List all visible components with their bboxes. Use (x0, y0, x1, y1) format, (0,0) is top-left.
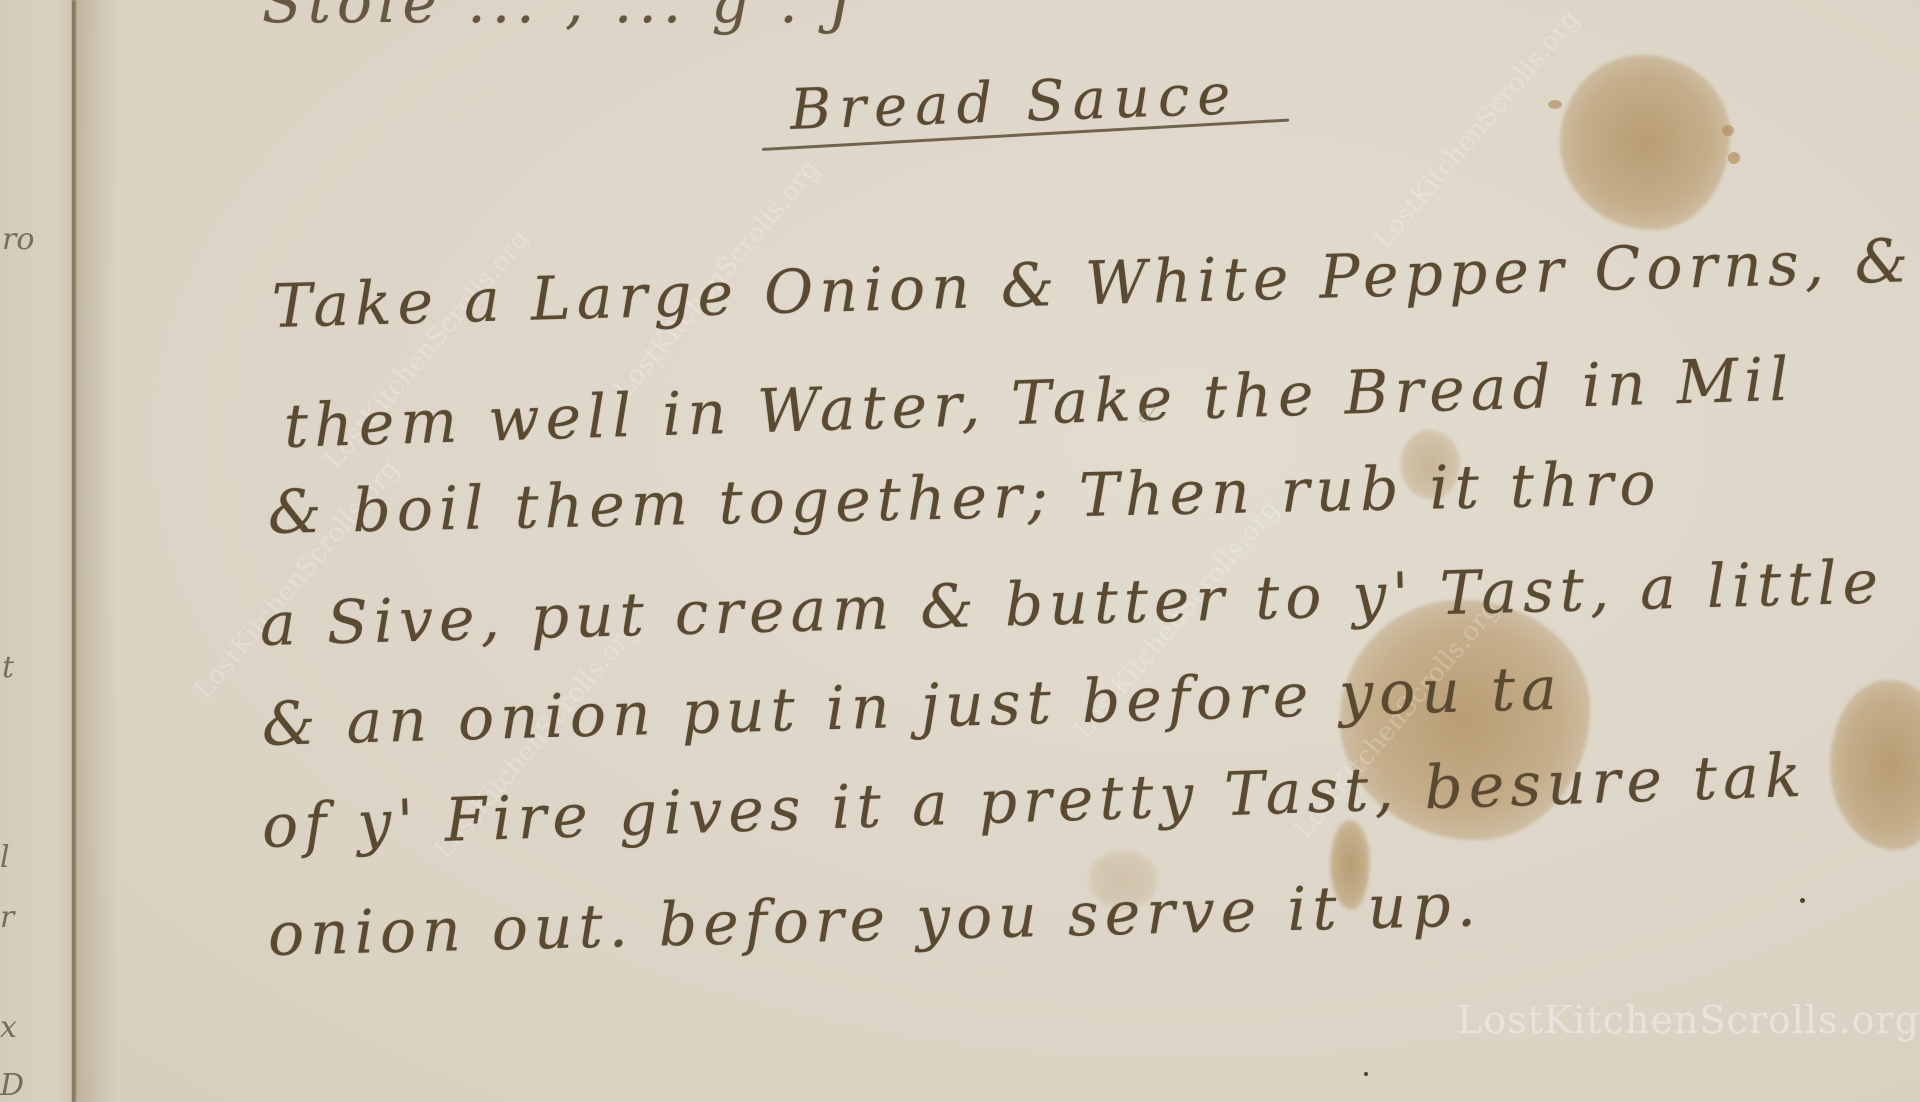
left-page-fragment: t (2, 650, 14, 685)
top-partial-line: Stole ... , ... g . J (262, 0, 857, 36)
left-page-fragment: D (0, 1068, 24, 1102)
ink-dot (1800, 898, 1805, 903)
stain-splatter (1548, 100, 1562, 109)
left-page-fragment: ro (2, 222, 34, 257)
stain-splatter (1722, 125, 1734, 136)
embossed-stamp (1143, 403, 1159, 423)
left-page-fragment: r (0, 900, 14, 935)
stain-splatter (1728, 152, 1740, 164)
gutter-shadow (78, 0, 118, 1102)
ink-dot (1364, 1072, 1368, 1076)
left-page-fragment: l (0, 840, 10, 875)
corner-watermark: LostKitchenScrolls.org (1457, 998, 1920, 1042)
left-page-margin: ro t l r x D (0, 0, 76, 1102)
left-page-fragment: x (0, 1010, 17, 1045)
